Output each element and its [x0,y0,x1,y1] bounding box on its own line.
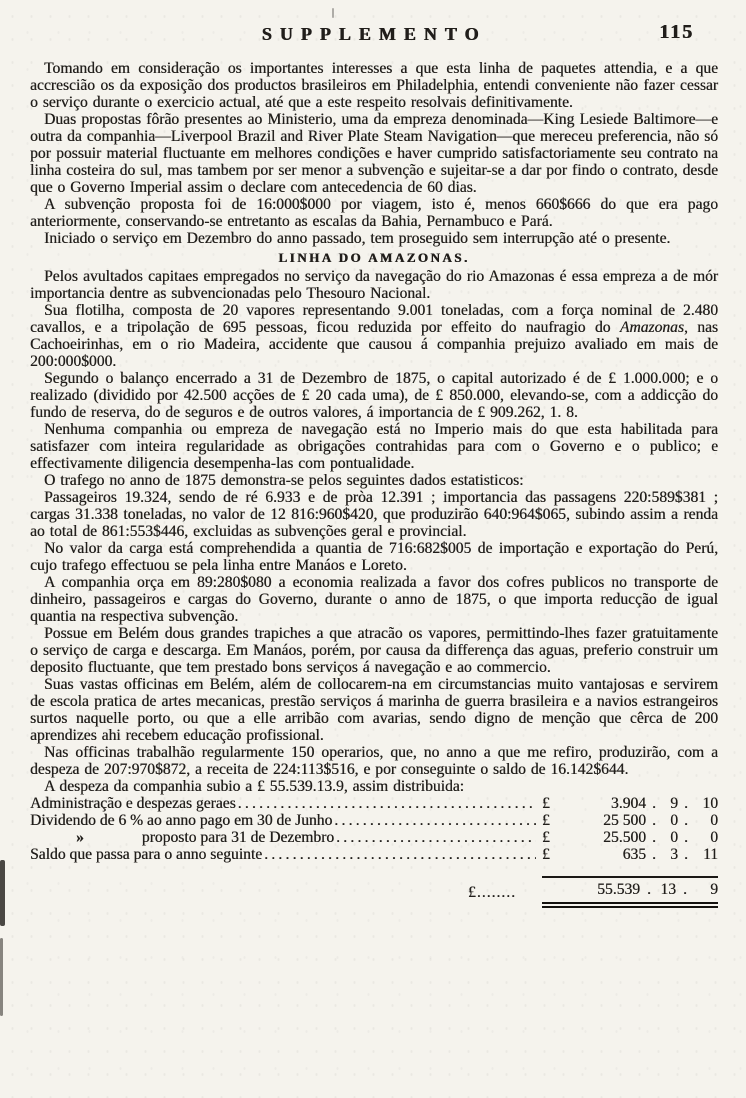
amount-separator: . [640,881,658,898]
amount-separator: . [678,829,694,846]
amount-separator: . [676,881,694,898]
currency-symbol: £ [542,846,560,863]
amount-separator: . [646,829,662,846]
section-heading: LINHA DO AMAZONAS. [30,249,718,266]
table-total-row: £........ 55.539.13.9 [30,876,718,908]
scan-artifact [332,8,334,18]
ditto-mark: » [30,829,142,846]
amount-separator: . [646,846,662,863]
dot-leader [336,829,536,846]
paragraph-intro-3: A subvenção proposta foi de 16:000$000 p… [30,196,718,230]
ship-name: Amazonas [620,319,684,336]
amount-separator: . [646,795,662,812]
paragraph-intro-1: Tomando em consideração os importantes i… [30,60,718,111]
expense-table: Administração e despezas geraes £3.904.9… [30,795,718,908]
paragraph-amazonas-5: O trafego no anno de 1875 demonstra-se p… [30,472,718,489]
row-label: Saldo que passa para o anno seguinte [30,846,262,863]
paragraph-amazonas-11: Nas officinas trabalhão regularmente 150… [30,744,718,778]
paragraph-amazonas-4: Nenhuma companhia ou empreza de navegaçã… [30,421,718,472]
amount-pence: 0 [694,829,718,846]
amount-shillings: 0 [662,812,678,829]
paragraph-amazonas-12: A despeza da companhia subio a £ 55.539.… [30,778,718,795]
amount-pounds: 25 500 [560,812,646,829]
amount-pounds: 3.904 [560,795,646,812]
currency-symbol: £ [542,812,560,829]
currency-symbol: £ [542,829,560,846]
document-page: SUPPLEMENTO 115 Tomando em consideração … [0,0,746,1098]
paragraph-intro-4: Iniciado o serviço em Dezembro do anno p… [30,230,718,247]
page-header: SUPPLEMENTO 115 [30,26,718,52]
row-amount: £635.3.11 [542,846,718,863]
amount-separator: . [646,812,662,829]
row-label: proposto para 31 de Dezembro [142,829,334,846]
amount-separator: . [678,846,694,863]
paragraph-amazonas-6: Passageiros 19.324, sendo de ré 6.933 e … [30,489,718,540]
paragraph-amazonas-1: Pelos avultados capitaes empregados no s… [30,268,718,302]
scan-artifact [0,938,3,1016]
row-amount: £3.904.9.10 [542,795,718,812]
paragraph-amazonas-7: No valor da carga está comprehendida a q… [30,540,718,574]
table-row: Dividendo de 6 % ao anno pago em 30 de J… [30,812,718,829]
paragraph-amazonas-10: Suas vastas officinas em Belém, além de … [30,676,718,744]
table-row: » proposto para 31 de Dezembro £25.500.0… [30,829,718,846]
total-shillings: 13 [658,881,676,898]
dot-leader [264,846,536,863]
amount-pounds: 25.500 [560,829,646,846]
paragraph-text: Sua flotilha, composta de 20 vapores rep… [30,302,718,336]
currency-symbol: £ [542,795,560,812]
row-amount: £25.500.0.0 [542,829,718,846]
amount-separator: . [678,795,694,812]
paragraph-amazonas-8: A companhia orça em 89:280$080 a economi… [30,574,718,625]
row-label: Administração e despezas geraes [30,795,236,812]
table-row: Administração e despezas geraes £3.904.9… [30,795,718,812]
amount-shillings: 3 [662,846,678,863]
amount-separator: . [678,812,694,829]
total-pence: 9 [694,881,718,898]
paragraph-intro-2: Duas propostas fôrão presentes ao Minist… [30,111,718,196]
scan-artifact [0,860,5,926]
amount-pence: 10 [694,795,718,812]
total-currency-label: £........ [468,884,516,901]
page-number: 115 [659,24,694,41]
paragraph-amazonas-3: Segundo o balanço encerrado a 31 de Deze… [30,370,718,421]
amount-shillings: 0 [662,829,678,846]
paragraph-amazonas-9: Possue em Belém dous grandes trapiches a… [30,625,718,676]
dot-leader [238,795,536,812]
row-label: Dividendo de 6 % ao anno pago em 30 de J… [30,812,332,829]
total-amount: 55.539.13.9 [542,876,718,908]
amount-pounds: 635 [560,846,646,863]
amount-pence: 11 [694,846,718,863]
amount-pence: 0 [694,812,718,829]
paragraph-amazonas-2: Sua flotilha, composta de 20 vapores rep… [30,302,718,370]
table-row: Saldo que passa para o anno seguinte £63… [30,846,718,863]
total-pounds: 55.539 [542,881,640,898]
row-amount: £25 500.0.0 [542,812,718,829]
page-title: SUPPLEMENTO [30,26,718,43]
dot-leader [334,812,536,829]
amount-shillings: 9 [662,795,678,812]
